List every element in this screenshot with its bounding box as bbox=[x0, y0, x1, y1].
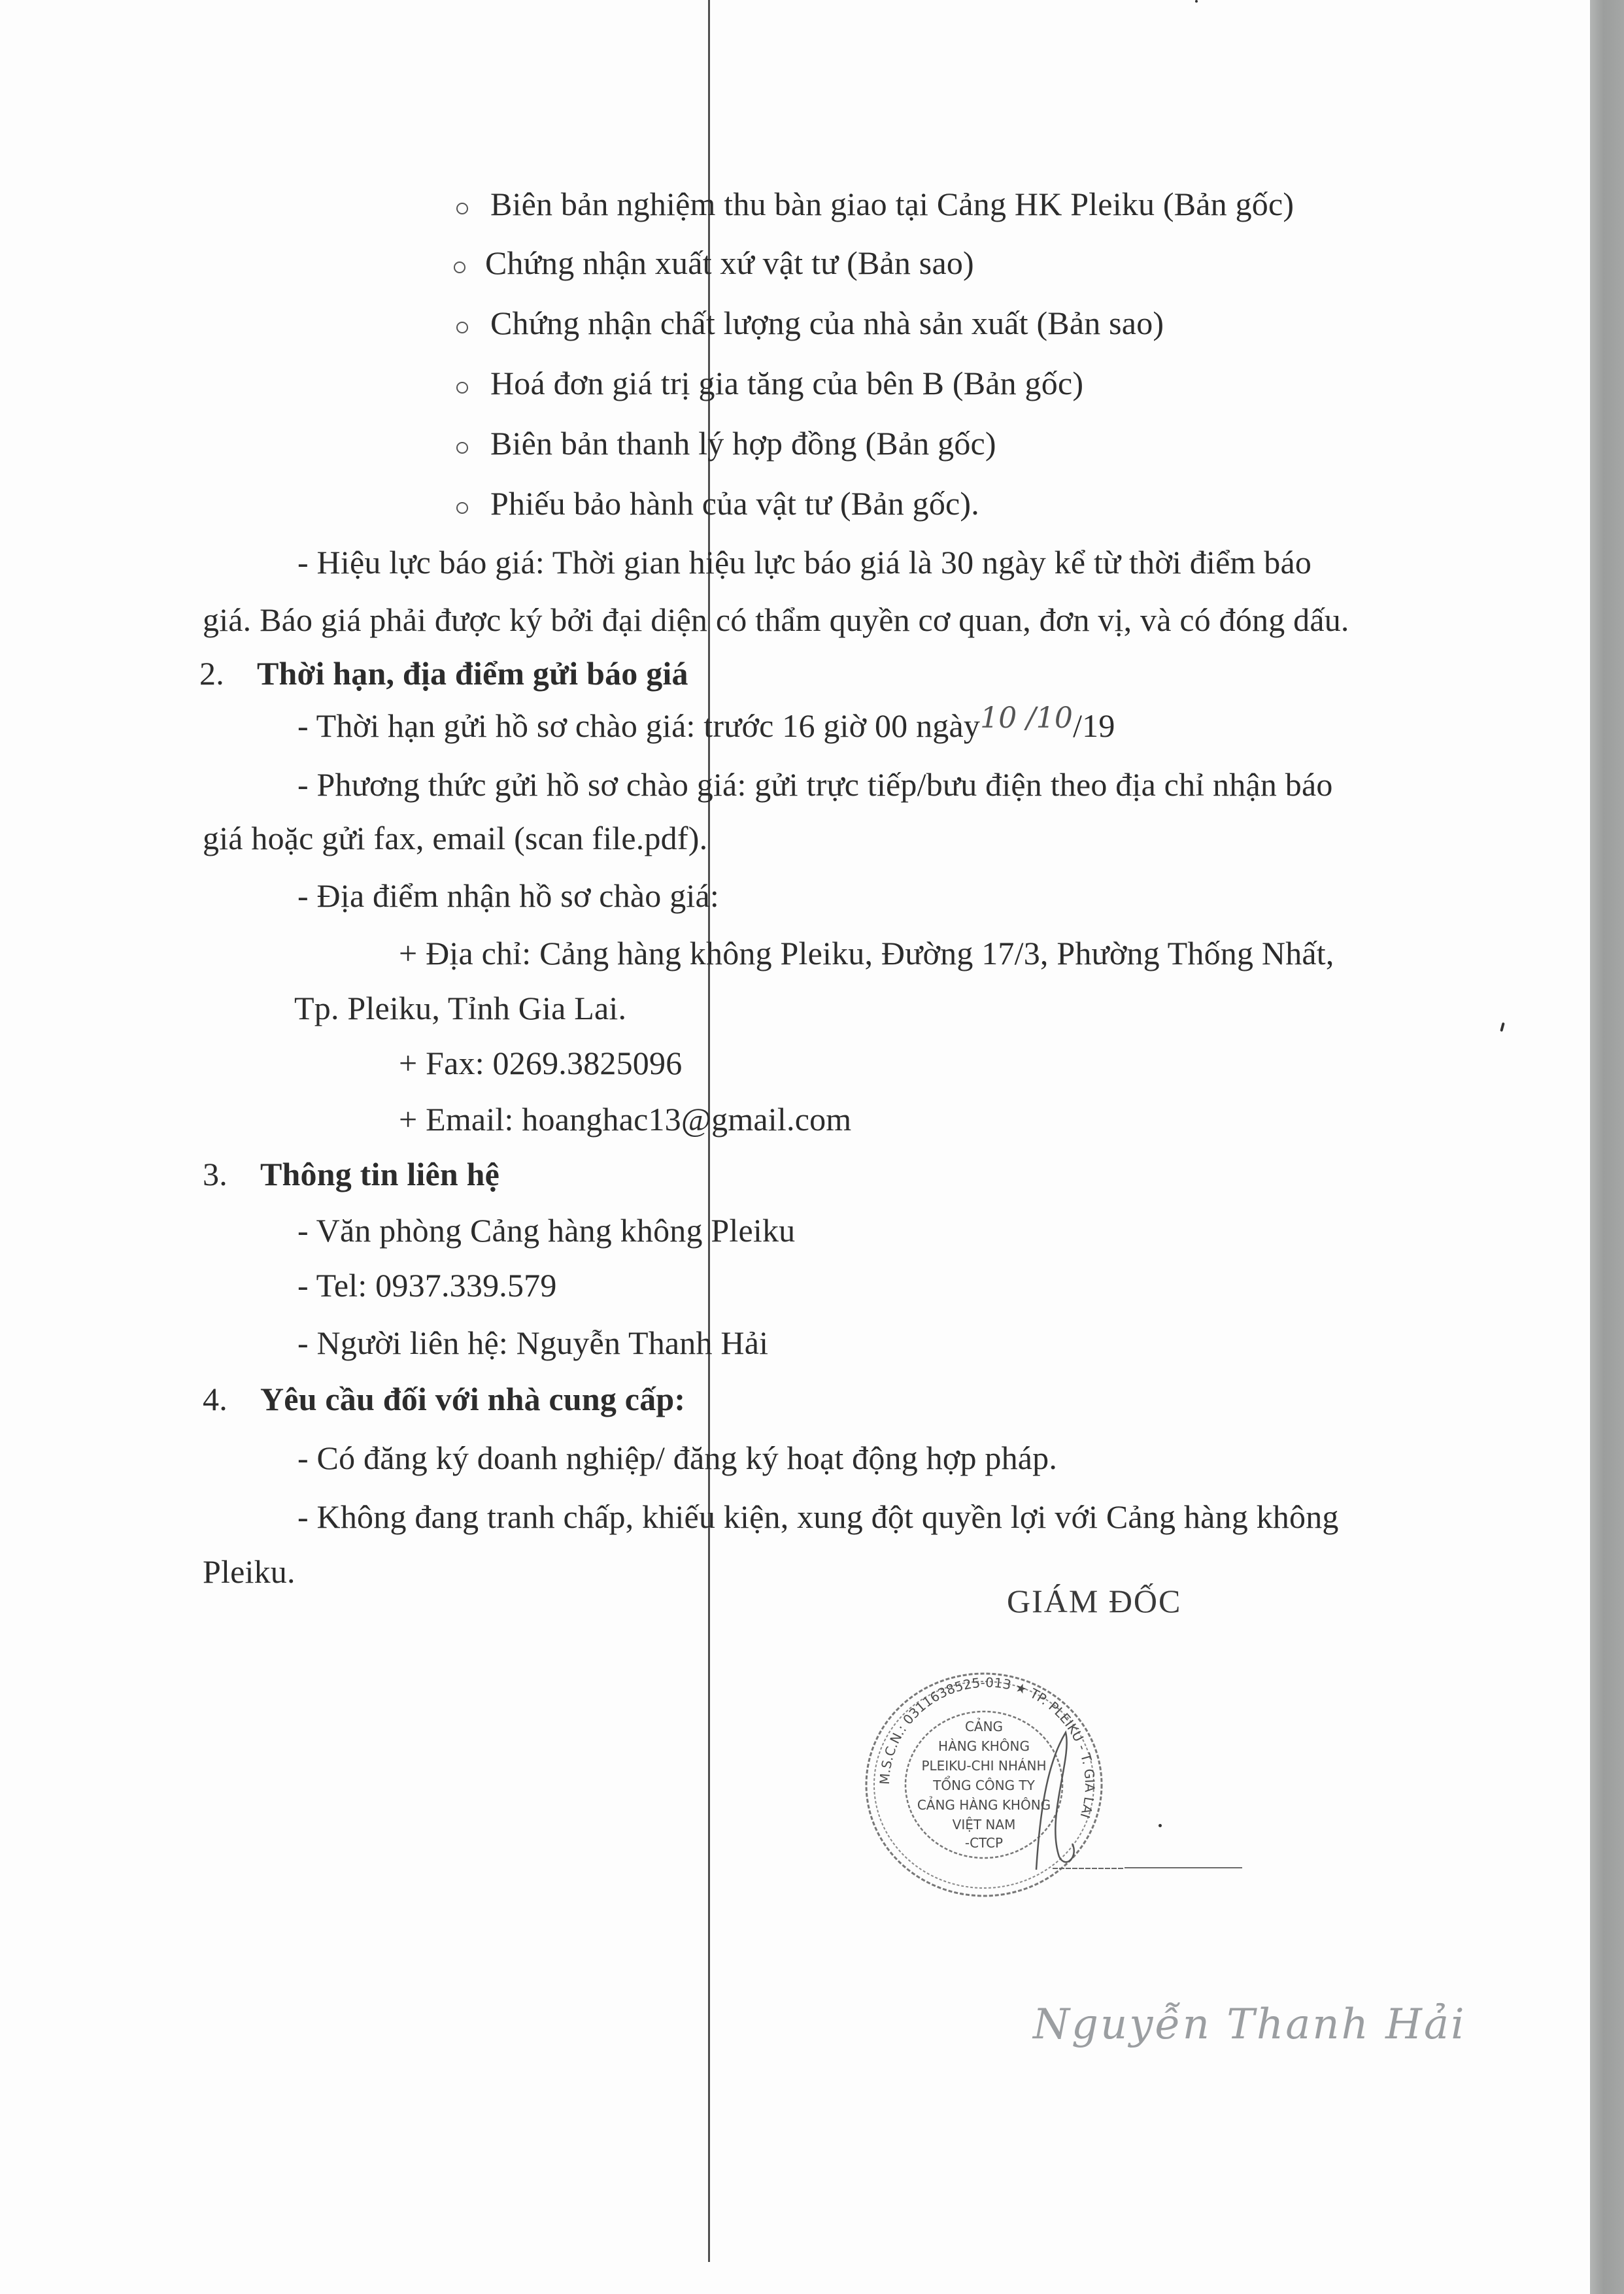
section-title: Thời hạn, địa điểm gửi báo giá bbox=[257, 655, 688, 692]
stamp-line: VIỆT NAM bbox=[953, 1817, 1016, 1832]
stamp-line: CẢNG HÀNG KHÔNG bbox=[917, 1796, 1051, 1813]
requirement-1: - Có đăng ký doanh nghiệp/ đăng ký hoạt … bbox=[297, 1438, 1057, 1477]
deadline-line: - Thời hạn gửi hồ sơ chào giá: trước 16 … bbox=[297, 706, 1115, 747]
bullet-item: Chứng nhận chất lượng của nhà sản xuất (… bbox=[490, 303, 1164, 343]
scanned-page: Biên bản nghiệm thu bàn giao tại Cảng HK… bbox=[0, 0, 1624, 2294]
section-title: Thông tin liên hệ bbox=[260, 1156, 499, 1192]
handwritten-date: 10 /10 bbox=[980, 701, 1073, 735]
scan-mark bbox=[1159, 1824, 1162, 1827]
bullet-item: Hoá đơn giá trị gia tăng của bên B (Bản … bbox=[490, 363, 1083, 403]
section-3-heading: 3.Thông tin liên hệ bbox=[203, 1155, 499, 1194]
validity-line-2: giá. Báo giá phải được ký bởi đại diện c… bbox=[203, 600, 1349, 639]
section-2-heading: 2.Thời hạn, địa điểm gửi báo giá bbox=[199, 654, 688, 693]
section-4-heading: 4.Yêu cầu đối với nhà cung cấp: bbox=[203, 1379, 685, 1419]
bullet-item: Phiếu bảo hành của vật tư (Bản gốc). bbox=[490, 484, 979, 523]
signer-signature: Nguyễn Thanh Hải bbox=[1033, 2000, 1466, 2049]
section-number: 3. bbox=[203, 1155, 260, 1194]
scanner-edge bbox=[1590, 0, 1624, 2294]
stamp-line: PLEIKU-CHI NHÁNH bbox=[921, 1758, 1046, 1774]
bullet-item: Biên bản nghiệm thu bàn giao tại Cảng HK… bbox=[490, 184, 1294, 224]
validity-line-1: - Hiệu lực báo giá: Thời gian hiệu lực b… bbox=[297, 543, 1311, 582]
office-line: - Văn phòng Cảng hàng không Pleiku bbox=[297, 1211, 795, 1250]
address-line-2: Tp. Pleiku, Tỉnh Gia Lai. bbox=[294, 988, 626, 1028]
signature-line bbox=[1125, 1867, 1242, 1868]
section-title: Yêu cầu đối với nhà cung cấp: bbox=[260, 1381, 685, 1417]
stamp-line: HÀNG KHÔNG bbox=[938, 1738, 1030, 1754]
tel-line: - Tel: 0937.339.579 bbox=[297, 1266, 557, 1305]
bullet-icon bbox=[456, 382, 468, 394]
scan-mark bbox=[1195, 0, 1198, 3]
scan-mark bbox=[1500, 1022, 1504, 1032]
bullet-icon bbox=[454, 261, 465, 273]
contact-line: - Người liên hệ: Nguyễn Thanh Hải bbox=[297, 1323, 768, 1362]
stamp-line: TỔNG CÔNG TY bbox=[932, 1776, 1036, 1793]
stamp-line: CẢNG bbox=[965, 1718, 1003, 1734]
bullet-icon bbox=[456, 502, 468, 514]
location-label: - Địa điểm nhận hồ sơ chào giá: bbox=[297, 876, 719, 915]
section-number: 4. bbox=[203, 1379, 260, 1419]
stamp-line: -CTCP bbox=[965, 1835, 1003, 1851]
section-number: 2. bbox=[199, 654, 257, 693]
method-line-1: - Phương thức gửi hồ sơ chào giá: gửi tr… bbox=[297, 765, 1333, 804]
bullet-icon bbox=[456, 203, 468, 214]
email-line: + Email: hoanghac13@gmail.com bbox=[399, 1100, 851, 1139]
fax-line: + Fax: 0269.3825096 bbox=[399, 1043, 682, 1083]
signer-title: GIÁM ĐỐC bbox=[1007, 1582, 1181, 1620]
official-stamp: M.S.C.N.: 0311638525-013 ★ TP. PLEIKU - … bbox=[850, 1661, 1125, 1909]
requirement-2-line-2: Pleiku. bbox=[203, 1552, 296, 1591]
bullet-icon bbox=[456, 442, 468, 454]
requirement-2-line-1: - Không đang tranh chấp, khiếu kiện, xun… bbox=[297, 1497, 1339, 1536]
deadline-prefix: - Thời hạn gửi hồ sơ chào giá: trước 16 … bbox=[297, 707, 980, 744]
bullet-item: Biên bản thanh lý hợp đồng (Bản gốc) bbox=[490, 424, 996, 463]
deadline-suffix: /19 bbox=[1073, 707, 1115, 744]
method-line-2: giá hoặc gửi fax, email (scan file.pdf). bbox=[203, 818, 707, 858]
address-line-1: + Địa chỉ: Cảng hàng không Pleiku, Đường… bbox=[399, 934, 1334, 973]
bullet-item: Chứng nhận xuất xứ vật tư (Bản sao) bbox=[485, 243, 974, 282]
bullet-icon bbox=[456, 322, 468, 333]
